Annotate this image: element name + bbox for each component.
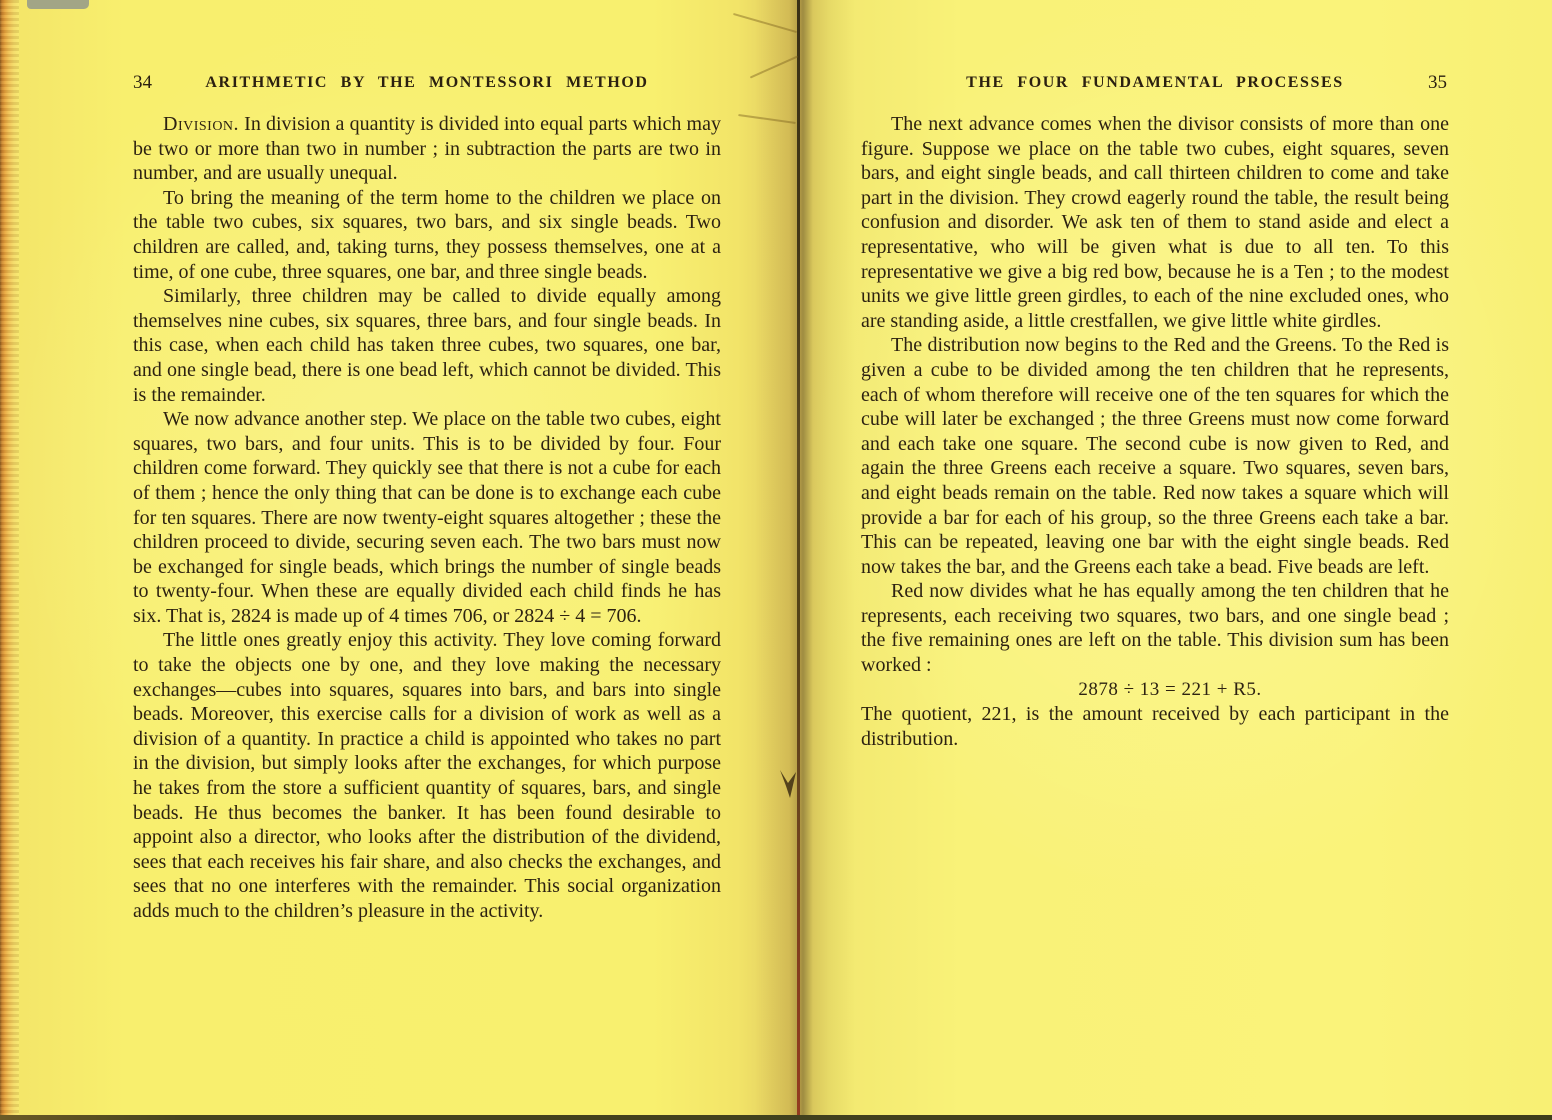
- book-page-edges: [0, 0, 19, 1120]
- running-header-left: ARITHMETIC BY THE MONTESSORI METHOD: [133, 74, 721, 92]
- gutter-tear-mark: [777, 768, 799, 805]
- gutter-shadow: [755, 0, 855, 1120]
- paragraph: To bring the meaning of the term home to…: [133, 186, 721, 284]
- paragraph: Red now divides what he has equally amon…: [861, 579, 1449, 677]
- right-page: 35 THE FOUR FUNDAMENTAL PROCESSES The ne…: [861, 74, 1449, 751]
- right-page-body: The next advance comes when the divisor …: [861, 74, 1449, 751]
- paragraph: Division. In division a quantity is divi…: [133, 112, 721, 186]
- running-header-right: THE FOUR FUNDAMENTAL PROCESSES: [861, 74, 1449, 92]
- gutter-crease-line: [797, 0, 800, 1120]
- paragraph-lead-smallcaps: Division.: [163, 113, 239, 135]
- book-bottom-edge: [0, 1115, 1552, 1120]
- paragraph: The distribution now begins to the Red a…: [861, 333, 1449, 579]
- paragraph: Similarly, three children may be called …: [133, 284, 721, 407]
- scanner-mark: [27, 0, 89, 9]
- paragraph: The next advance comes when the divisor …: [861, 112, 1449, 333]
- paragraph: The quotient, 221, is the amount receive…: [861, 702, 1449, 751]
- book-scan: 34 ARITHMETIC BY THE MONTESSORI METHOD D…: [0, 0, 1552, 1120]
- division-equation: 2878 ÷ 13 = 221 + R5.: [861, 678, 1449, 703]
- paragraph: We now advance another step. We place on…: [133, 407, 721, 628]
- left-page: 34 ARITHMETIC BY THE MONTESSORI METHOD D…: [133, 74, 721, 924]
- left-page-body: Division. In division a quantity is divi…: [133, 74, 721, 924]
- paragraph: The little ones greatly enjoy this activ…: [133, 628, 721, 923]
